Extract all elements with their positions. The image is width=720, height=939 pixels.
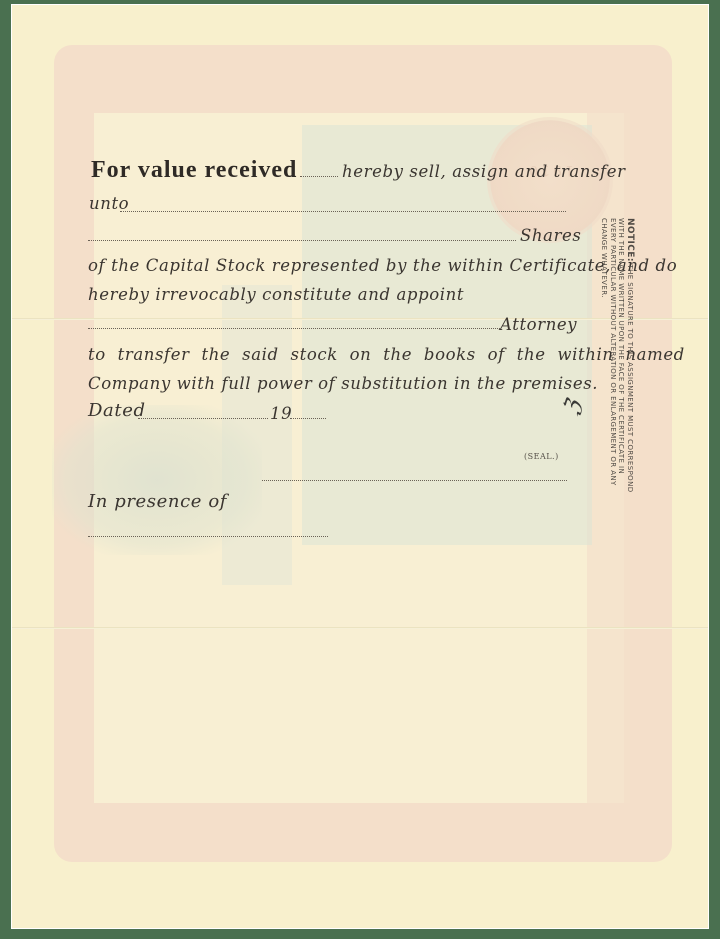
dated-label: Dated (88, 400, 146, 421)
seal-label: (SEAL.) (524, 452, 559, 461)
presence-label: In presence of (88, 491, 227, 512)
attorney-label: Attorney (500, 315, 577, 334)
handwritten-signature-mark: ℨ (559, 397, 587, 418)
notice-lead: NOTICE: (625, 218, 635, 262)
transfer-text: to transfer the said stock on the books … (88, 345, 685, 364)
assignment-form: For value received hereby sell, assign a… (0, 0, 720, 939)
substitution-text: Company with full power of substitution … (88, 374, 598, 393)
shares-label: Shares (520, 226, 582, 245)
field-witness[interactable] (88, 536, 328, 537)
irrevocably-text: hereby irrevocably constitute and appoin… (88, 285, 464, 304)
heading-for-value-received: For value received (91, 157, 297, 184)
field-year[interactable] (290, 418, 326, 419)
field-shares[interactable] (88, 240, 516, 241)
field-date[interactable] (138, 418, 268, 419)
capital-stock-text: of the Capital Stock represented by the … (88, 256, 677, 275)
year-prefix: 19 (270, 404, 292, 423)
signature-notice: NOTICE: The Signature to this assignment… (600, 218, 634, 498)
field-attorney[interactable] (88, 328, 500, 329)
field-signature[interactable] (262, 480, 567, 481)
field-assignee[interactable] (120, 211, 566, 212)
hereby-sell-text: hereby sell, assign and transfer (342, 162, 626, 181)
field-assignor[interactable] (300, 176, 338, 177)
